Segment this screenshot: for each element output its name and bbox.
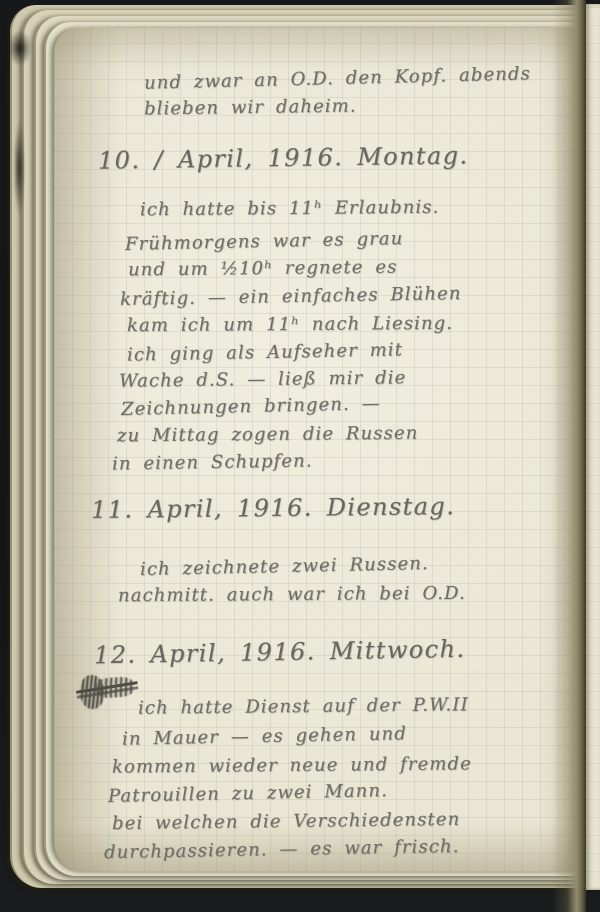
diary-line: ich hatte bis 11ʰ Erlaubnis. bbox=[140, 197, 440, 221]
diary-line: und zwar an O.D. den Kopf. abends bbox=[144, 63, 531, 93]
notebook-page: und zwar an O.D. den Kopf. abends bliebe… bbox=[54, 28, 600, 872]
diary-line: Zeichnungen bringen. — bbox=[121, 393, 381, 420]
corner-smudge bbox=[8, 30, 34, 70]
diary-line: durchpassieren. — es war frisch. bbox=[104, 836, 460, 863]
diary-line: ich ging als Aufseher mit bbox=[127, 339, 403, 365]
diary-line: zu Mittag zogen die Russen bbox=[117, 423, 419, 447]
diary-line: blieben wir daheim. bbox=[144, 96, 357, 120]
photo-background: und zwar an O.D. den Kopf. abends bliebe… bbox=[0, 0, 600, 912]
entry-heading-11-april: 11. April, 1916. Dienstag. bbox=[91, 492, 455, 524]
diary-line: ich hatte Dienst auf der P.W.II bbox=[138, 694, 469, 718]
page-gutter-shadow bbox=[552, 0, 586, 912]
struck-out-margin-mark bbox=[77, 668, 138, 712]
diary-line: Patrouillen zu zwei Mann. bbox=[108, 780, 388, 807]
diary-line: kam ich um 11ʰ nach Liesing. bbox=[127, 313, 453, 336]
diary-line: bei welchen die Verschiedensten bbox=[112, 809, 461, 834]
entry-heading-12-april: 12. April, 1916. Mittwoch. bbox=[94, 635, 466, 669]
diary-line: in Mauer — es gehen und bbox=[122, 723, 407, 749]
diary-line: ich zeichnete zwei Russen. bbox=[140, 553, 429, 580]
diary-line: nachmitt. auch war ich bei O.D. bbox=[118, 583, 466, 606]
diary-line: kräftig. — ein einfaches Blühen bbox=[120, 283, 462, 310]
diary-line: und um ½10ʰ regnete es bbox=[128, 257, 398, 281]
entry-heading-10-april: 10. / April, 1916. Montag. bbox=[98, 141, 469, 174]
diary-line: in einen Schupfen. bbox=[112, 450, 313, 474]
diary-line: Wache d.S. — ließ mir die bbox=[119, 367, 407, 392]
diary-line: kommen wieder neue und fremde bbox=[112, 753, 472, 777]
diary-line: Frühmorgens war es grau bbox=[125, 228, 404, 255]
facing-page-edge bbox=[586, 4, 600, 890]
edge-smudge bbox=[14, 118, 27, 243]
